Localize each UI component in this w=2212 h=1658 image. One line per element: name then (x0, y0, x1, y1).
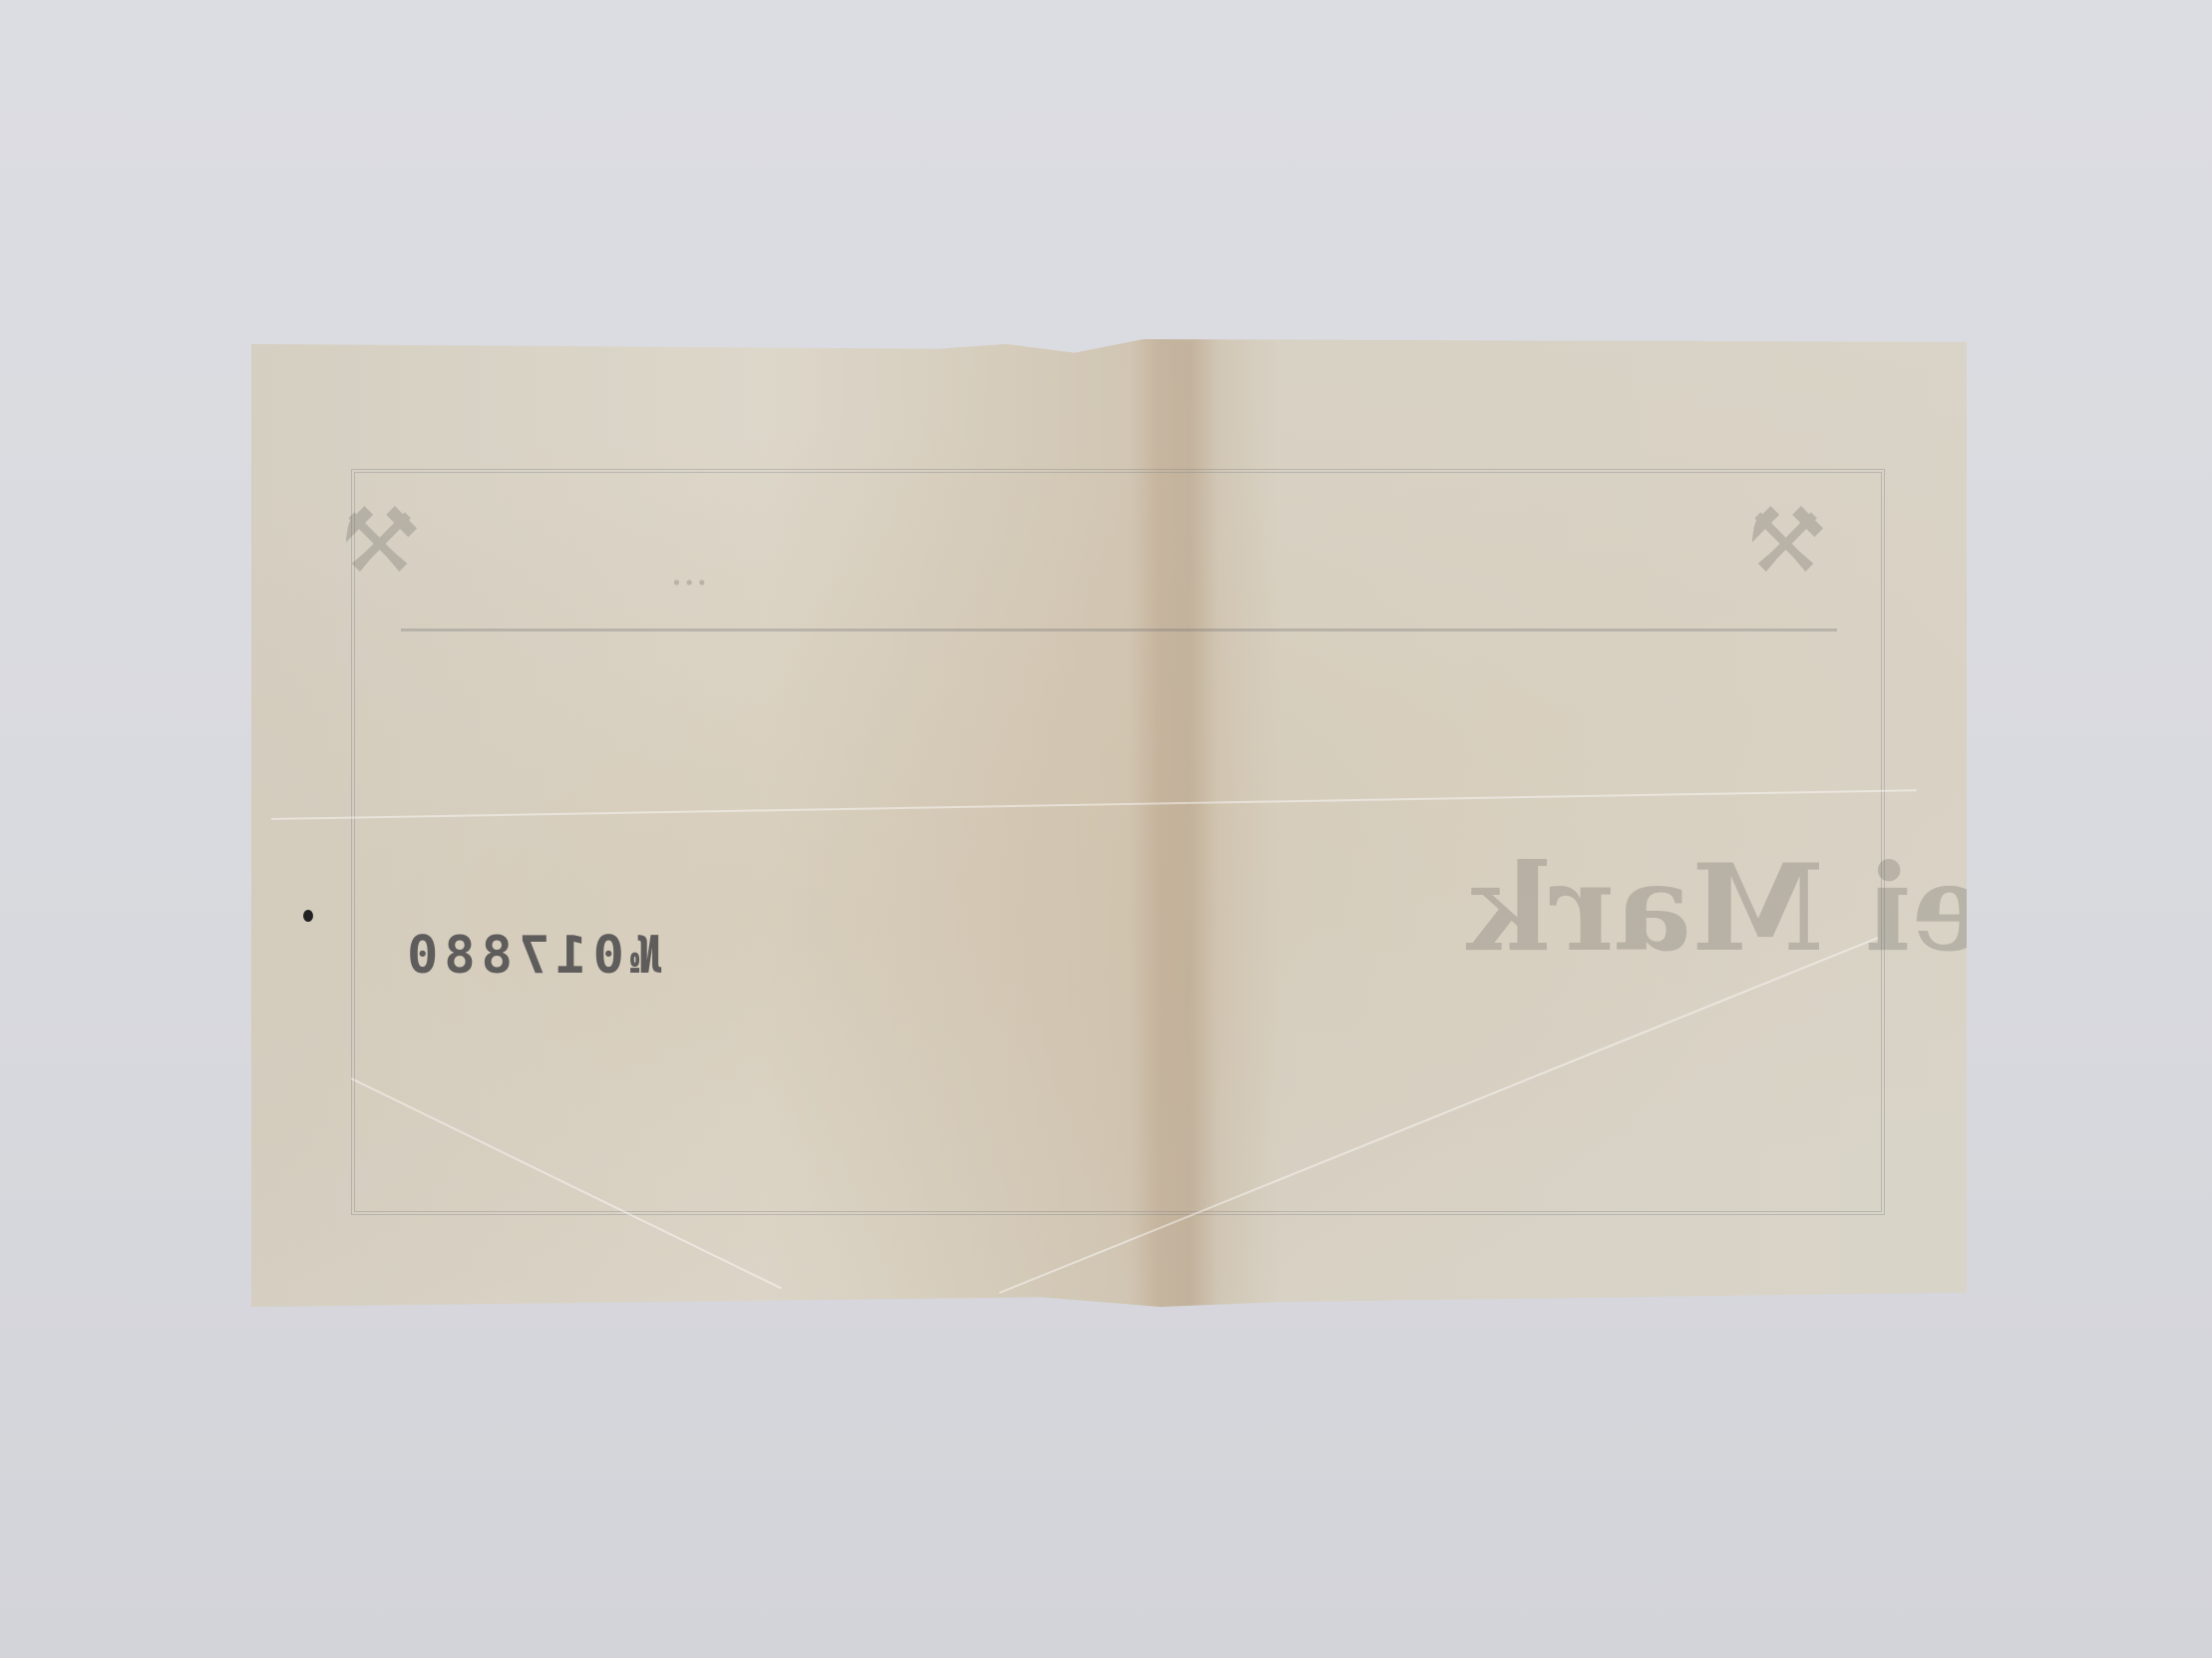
hammer-pick-emblem-right: ⚒ (1747, 489, 1828, 594)
serial-number: №017880 (401, 926, 661, 986)
ghost-heading: ... (670, 549, 708, 595)
banknote: ⚒ ⚒ ... Drei Mark №017880 (251, 339, 1967, 1307)
divider-line (401, 628, 1837, 631)
pin-hole (303, 910, 313, 922)
ghost-denomination: Drei Mark (1468, 838, 2154, 979)
hammer-pick-emblem-left: ⚒ (341, 489, 422, 594)
